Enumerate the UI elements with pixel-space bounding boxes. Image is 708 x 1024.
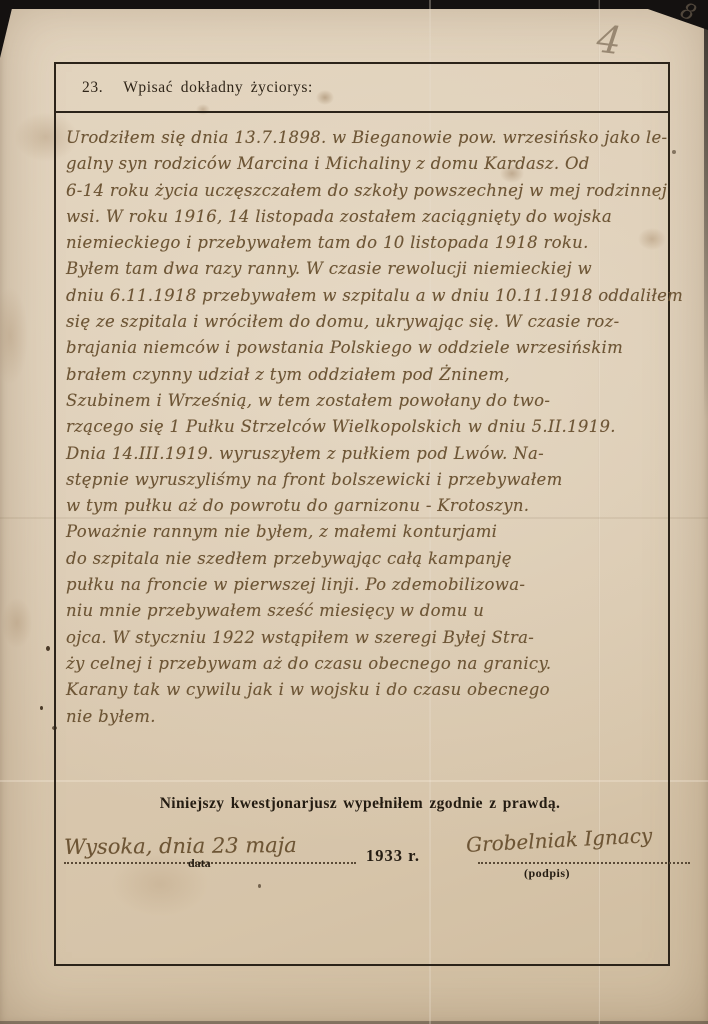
place-date-handwritten: Wysoka, dnia 23 maja <box>64 833 297 859</box>
ink-speck <box>46 646 50 651</box>
year-printed: 1933 r. <box>366 846 420 866</box>
paper-stain <box>0 288 28 384</box>
biography-line: nie byłem. <box>66 707 708 733</box>
scan-edge-top-left <box>0 0 14 58</box>
biography-line: brałem czynny udział z tym oddziałem pod… <box>66 365 708 391</box>
data-label: data <box>188 856 211 871</box>
declaration-text: Niniejszy kwestjonarjusz wypełniłem zgod… <box>54 795 666 813</box>
biography-line: do szpitala nie szedłem przebywając całą… <box>66 549 708 575</box>
signature-dotted-line <box>478 862 690 864</box>
biography-text: Urodziłem się dnia 13.7.1898. w Bieganow… <box>66 128 708 733</box>
biography-line: ojca. W styczniu 1922 wstąpiłem w szereg… <box>66 628 708 654</box>
biography-line: rzącego się 1 Pułku Strzelców Wielkopols… <box>66 417 708 443</box>
biography-line: Dnia 14.III.1919. wyruszyłem z pułkiem p… <box>66 444 708 470</box>
biography-line: Szubinem i Wrześnią, w tem zostałem powo… <box>66 391 708 417</box>
biography-line: niemieckiego i przebywałem tam do 10 lis… <box>66 233 708 259</box>
biography-line: w tym pułku aż do powrotu do garnizonu -… <box>66 496 708 522</box>
biography-line: 6-14 roku życia uczęszczałem do szkoły p… <box>66 181 708 207</box>
biography-line: wsi. W roku 1916, 14 listopada zostałem … <box>66 207 708 233</box>
ink-speck <box>40 706 43 710</box>
biography-line: dniu 6.11.1918 przebywałem w szpitalu a … <box>66 286 708 312</box>
biography-line: galny syn rodziców Marcina i Michaliny z… <box>66 154 708 180</box>
biography-line: się ze szpitala i wróciłem do domu, ukry… <box>66 312 708 338</box>
biography-line: Karany tak w cywilu jak i w wojsku i do … <box>66 680 708 706</box>
paper-stain <box>2 598 32 648</box>
biography-line: ży celnej i przebywam aż do czasu obecne… <box>66 654 708 680</box>
podpis-label: (podpis) <box>524 866 570 881</box>
question-label: Wpisać dokładny życiorys: <box>123 79 313 97</box>
biography-line: Byłem tam dwa razy ranny. W czasie rewol… <box>66 259 708 285</box>
biography-line: pułku na froncie w pierwszej linji. Po z… <box>66 575 708 601</box>
question-header: 23. Wpisać dokładny życiorys: <box>56 64 668 113</box>
scanned-document-page: 4 8 23. Wpisać dokładny życiorys: Urodzi… <box>0 0 708 1024</box>
biography-line: Urodziłem się dnia 13.7.1898. w Bieganow… <box>66 128 708 154</box>
biography-line: stępnie wyruszyliśmy na front bolszewick… <box>66 470 708 496</box>
biography-line: Poważnie rannym nie byłem, z małemi kont… <box>66 522 708 548</box>
scan-edge-top <box>0 0 708 9</box>
biography-line: brajania niemców i powstania Polskiego w… <box>66 338 708 364</box>
page-number-pencil: 4 <box>594 17 623 64</box>
question-number: 23. <box>82 79 103 97</box>
biography-line: niu mnie przebywałem sześć miesięcy w do… <box>66 601 708 627</box>
